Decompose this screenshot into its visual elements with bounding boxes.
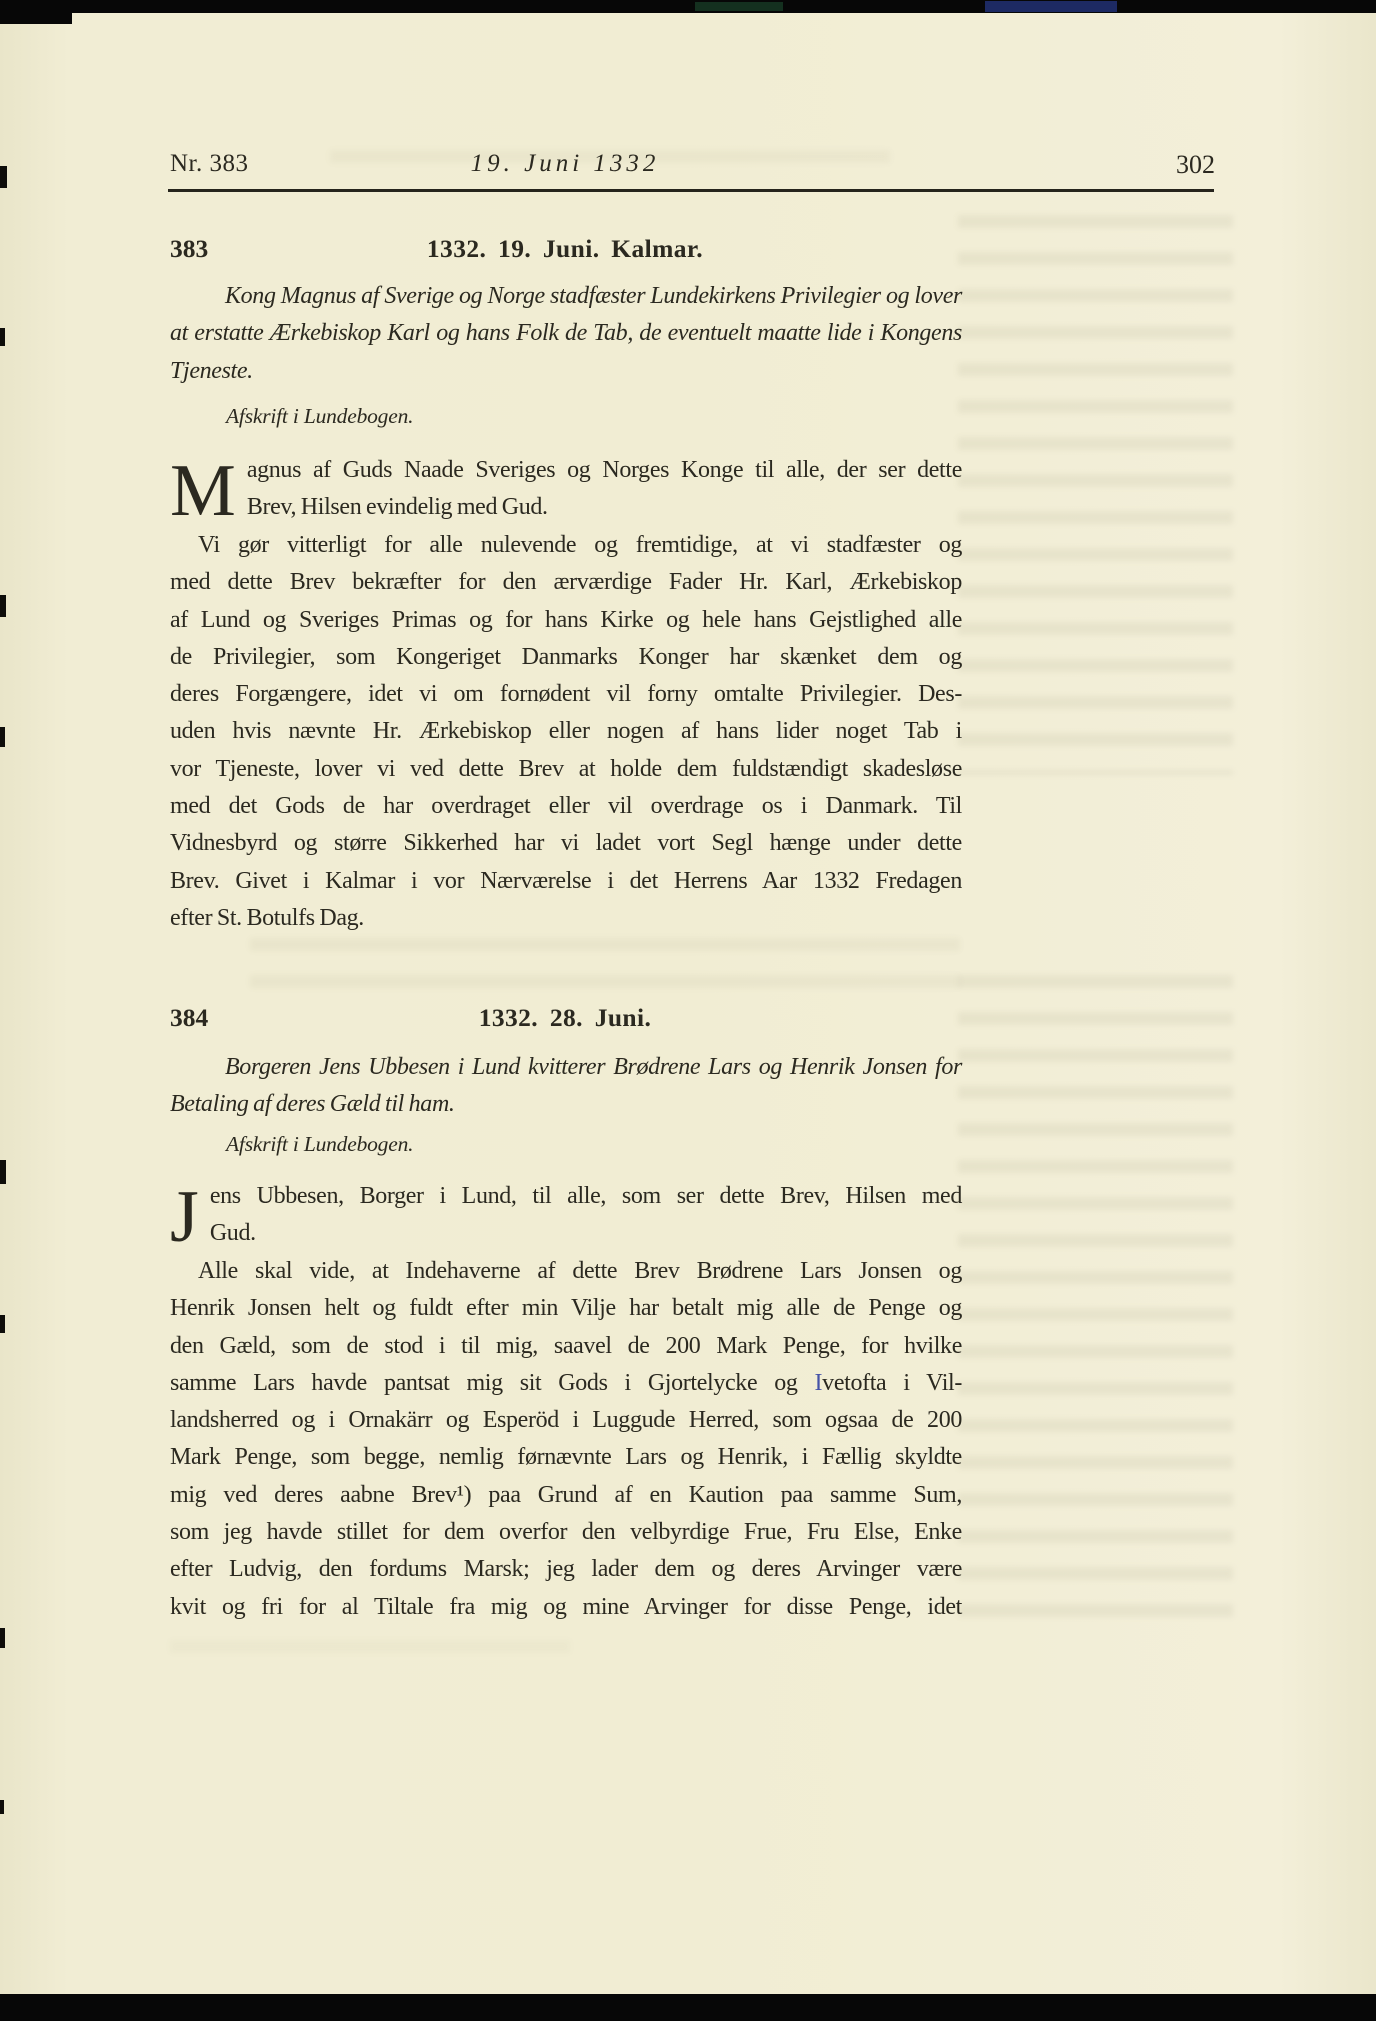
scan-edge-mark <box>0 595 6 617</box>
text-line: efter Ludvig, den fordums Marsk; jeg lad… <box>170 1551 962 1588</box>
text-line: de Privilegier, som Kongeriget Danmarks … <box>170 639 962 676</box>
scan-edge-top <box>0 0 1376 13</box>
text-line: Borgeren Jens Ubbesen i Lund kvitterer B… <box>170 1049 962 1086</box>
scan-corner-top-left <box>0 0 72 24</box>
text-line: kvit og fri for al Tiltale fra mig og mi… <box>170 1589 962 1626</box>
running-head: Nr. 383 19. Juni 1332 302 <box>170 150 1215 184</box>
scan-artifact-green <box>695 2 783 11</box>
text-line: med dette Brev bekræfter for den ærværdi… <box>170 564 962 601</box>
section-date-title: 1332. 19. Juni. Kalmar. <box>170 234 960 264</box>
section-384-body-paragraph: Alle skal vide, at Indehaverne af dette … <box>170 1253 962 1626</box>
scan-edge-mark <box>0 1315 5 1333</box>
scan-edge-mark <box>0 328 5 346</box>
section-383-body-paragraph: Vi gør vitterligt for alle nulevende og … <box>170 527 962 937</box>
section-383-heading: 383 1332. 19. Juni. Kalmar. <box>170 234 960 264</box>
text-line: ens Ubbesen, Borger i Lund, til alle, so… <box>170 1178 962 1215</box>
opening-lines: agnus af Guds Naade Sveriges og Norges K… <box>170 452 962 527</box>
section-384-summary: Borgeren Jens Ubbesen i Lund kvitterer B… <box>170 1049 962 1124</box>
text-line: Betaling af deres Gæld til ham. <box>170 1086 962 1123</box>
scan-edge-mark <box>0 166 7 188</box>
section-383-opening-paragraph: M agnus af Guds Naade Sveriges og Norges… <box>170 452 962 527</box>
text-line: vor Tjeneste, lover vi ved dette Brev at… <box>170 751 962 788</box>
scan-edge-bottom <box>0 1994 1376 2021</box>
opening-lines: ens Ubbesen, Borger i Lund, til alle, so… <box>170 1178 962 1253</box>
text-line: Alle skal vide, at Indehaverne af dette … <box>170 1253 962 1290</box>
text-line: Brev, Hilsen evindelig med Gud. <box>170 489 962 526</box>
text-line: af Lund og Sveriges Primas og for hans K… <box>170 602 962 639</box>
text-line: som jeg havde stillet for dem overfor de… <box>170 1514 962 1551</box>
text-line: mig ved deres aabne Brev¹) paa Grund af … <box>170 1477 962 1514</box>
text-line: Gud. <box>170 1215 962 1252</box>
text-line: Tjeneste. <box>170 353 962 390</box>
scan-edge-mark <box>0 1160 6 1184</box>
running-head-date: 19. Juni 1332 <box>170 150 960 178</box>
text-line: Mark Penge, som begge, nemlig førnævnte … <box>170 1439 962 1476</box>
dropcap-initial: M <box>170 461 236 521</box>
page-number: 302 <box>1176 150 1215 180</box>
bleed-through-text <box>958 975 1233 1620</box>
text-line: den Gæld, som de stod i til mig, saavel … <box>170 1328 962 1365</box>
bleed-through-text <box>170 1640 570 1676</box>
header-rule <box>168 189 1214 192</box>
bleed-through-text <box>250 938 960 996</box>
bleed-through-text <box>958 215 1233 775</box>
text-line: Kong Magnus af Sverige og Norge stadfæst… <box>170 278 962 315</box>
section-383-source-note: Afskrift i Lundebogen. <box>226 404 413 429</box>
text-line: uden hvis nævnte Hr. Ærkebiskop eller no… <box>170 713 962 750</box>
scan-edge-mark <box>0 727 5 747</box>
text-line: at erstatte Ærkebiskop Karl og hans Folk… <box>170 315 962 352</box>
section-383-summary: Kong Magnus af Sverige og Norge stadfæst… <box>170 278 962 390</box>
text-line: deres Forgængere, idet vi om fornødent v… <box>170 676 962 713</box>
scan-edge-mark <box>0 1628 5 1648</box>
text-line: Vi gør vitterligt for alle nulevende og … <box>170 527 962 564</box>
scanned-book-page: Nr. 383 19. Juni 1332 302 383 1332. 19. … <box>0 0 1376 2021</box>
section-date-title: 1332. 28. Juni. <box>170 1003 960 1033</box>
text-line: agnus af Guds Naade Sveriges og Norges K… <box>170 452 962 489</box>
section-384-heading: 384 1332. 28. Juni. <box>170 1003 960 1033</box>
text-line: med det Gods de har overdraget eller vil… <box>170 788 962 825</box>
section-384-opening-paragraph: J ens Ubbesen, Borger i Lund, til alle, … <box>170 1178 962 1253</box>
dropcap-initial: J <box>170 1187 199 1247</box>
text-line: efter St. Botulfs Dag. <box>170 900 962 937</box>
text-line: Vidnesbyrd og større Sikkerhed har vi la… <box>170 825 962 862</box>
scan-edge-mark <box>0 1800 4 1814</box>
text-line: landsherred og i Ornakärr og Esperöd i L… <box>170 1402 962 1439</box>
text-line: Henrik Jonsen helt og fuldt efter min Vi… <box>170 1290 962 1327</box>
text-line: Brev. Givet i Kalmar i vor Nærværelse i … <box>170 863 962 900</box>
section-number: 383 <box>170 234 208 264</box>
text-line: samme Lars havde pantsat mig sit Gods i … <box>170 1365 962 1402</box>
section-384-source-note: Afskrift i Lundebogen. <box>226 1132 413 1157</box>
section-number: 384 <box>170 1003 208 1033</box>
scan-artifact-blue <box>985 1 1117 12</box>
